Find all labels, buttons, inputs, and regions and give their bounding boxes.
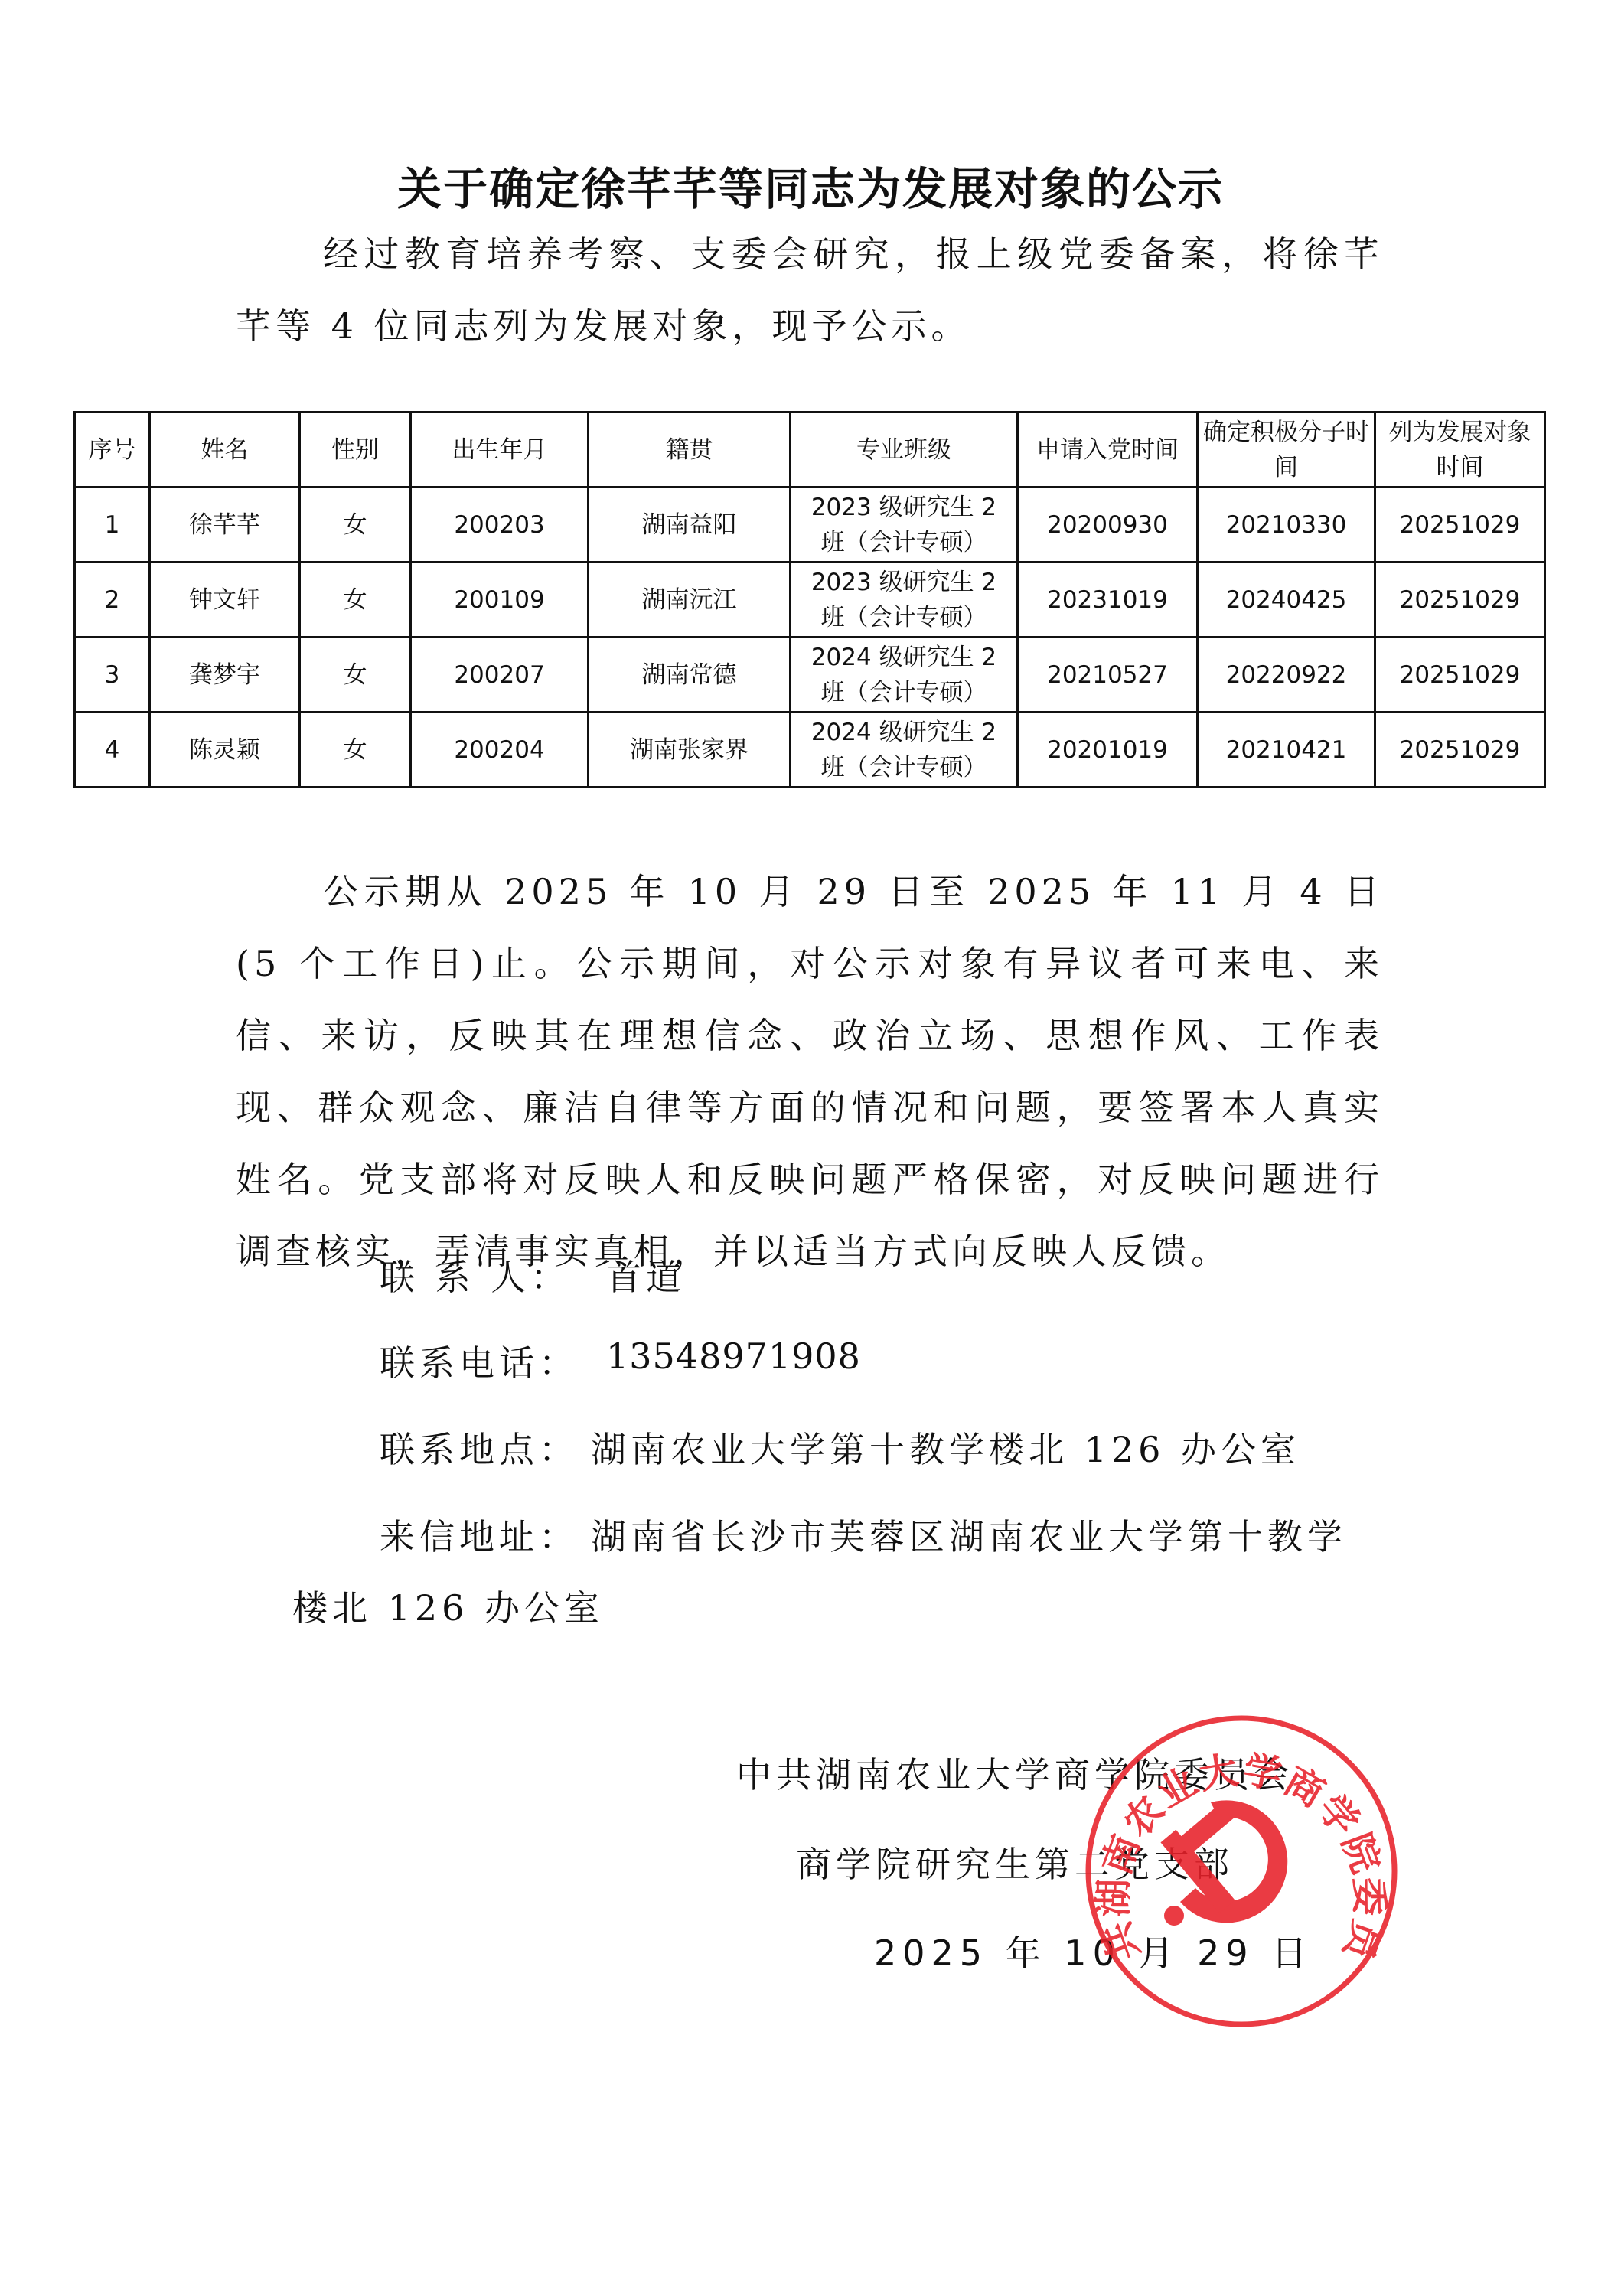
- table-row: 3 龚梦宇 女 200207 湖南常德 2024 级研究生 2 班（会计专硕） …: [75, 638, 1545, 713]
- cell-origin: 湖南沅江: [589, 563, 791, 638]
- header-birth: 出生年月: [411, 413, 589, 488]
- cell-candidate-date: 20251029: [1375, 638, 1545, 713]
- header-origin: 籍贯: [589, 413, 791, 488]
- contact-person-value: 首道: [606, 1250, 686, 1300]
- contact-location-label: 联系地点：: [380, 1422, 579, 1473]
- contact-mail-value-continued: 楼北 126 办公室: [292, 1580, 604, 1631]
- table-header-row: 序号 姓名 性别 出生年月 籍贯 专业班级 申请入党时间 确定积极分子时间 列为…: [75, 413, 1545, 488]
- cell-apply-date: 20200930: [1018, 488, 1198, 563]
- cell-candidate-date: 20251029: [1375, 488, 1545, 563]
- cell-origin: 湖南益阳: [589, 488, 791, 563]
- cell-activist-date: 20210421: [1198, 713, 1375, 788]
- cell-origin: 湖南常德: [589, 638, 791, 713]
- cell-no: 4: [75, 713, 150, 788]
- header-candidate-date: 列为发展对象时间: [1375, 413, 1545, 488]
- table-row: 4 陈灵颖 女 200204 湖南张家界 2024 级研究生 2 班（会计专硕）…: [75, 713, 1545, 788]
- contact-phone-label: 联系电话：: [380, 1336, 579, 1386]
- cell-class: 2023 级研究生 2 班（会计专硕）: [791, 488, 1018, 563]
- cell-apply-date: 20201019: [1018, 713, 1198, 788]
- header-no: 序号: [75, 413, 150, 488]
- contact-phone-value: 13548971908: [606, 1336, 861, 1377]
- cell-birth: 200203: [411, 488, 589, 563]
- header-gender: 性别: [300, 413, 411, 488]
- cell-class: 2023 级研究生 2 班（会计专硕）: [791, 563, 1018, 638]
- contact-mail-value: 湖南省长沙市芙蓉区湖南农业大学第十教学: [591, 1509, 1347, 1560]
- cell-name: 钟文轩: [150, 563, 300, 638]
- contact-location-value: 湖南农业大学第十教学楼北 126 办公室: [591, 1422, 1300, 1473]
- table-row: 1 徐芊芊 女 200203 湖南益阳 2023 级研究生 2 班（会计专硕） …: [75, 488, 1545, 563]
- cell-candidate-date: 20251029: [1375, 713, 1545, 788]
- cell-activist-date: 20240425: [1198, 563, 1375, 638]
- cell-birth: 200207: [411, 638, 589, 713]
- cell-birth: 200204: [411, 713, 589, 788]
- cell-gender: 女: [300, 488, 411, 563]
- cell-name: 陈灵颖: [150, 713, 300, 788]
- cell-gender: 女: [300, 563, 411, 638]
- candidate-table: 序号 姓名 性别 出生年月 籍贯 专业班级 申请入党时间 确定积极分子时间 列为…: [73, 411, 1546, 788]
- cell-class: 2024 级研究生 2 班（会计专硕）: [791, 638, 1018, 713]
- header-apply-date: 申请入党时间: [1018, 413, 1198, 488]
- cell-candidate-date: 20251029: [1375, 563, 1545, 638]
- document-title: 关于确定徐芊芊等同志为发展对象的公示: [0, 153, 1621, 217]
- header-name: 姓名: [150, 413, 300, 488]
- cell-class: 2024 级研究生 2 班（会计专硕）: [791, 713, 1018, 788]
- cell-gender: 女: [300, 713, 411, 788]
- cell-apply-date: 20231019: [1018, 563, 1198, 638]
- cell-no: 3: [75, 638, 150, 713]
- header-activist-date: 确定积极分子时间: [1198, 413, 1375, 488]
- cell-name: 龚梦宇: [150, 638, 300, 713]
- intro-paragraph: 经过教育培养考察、支委会研究，报上级党委备案，将徐芊芊等 4 位同志列为发展对象…: [236, 218, 1384, 362]
- cell-name: 徐芊芊: [150, 488, 300, 563]
- cell-no: 1: [75, 488, 150, 563]
- cell-activist-date: 20220922: [1198, 638, 1375, 713]
- contact-mail-label: 来信地址：: [380, 1509, 579, 1560]
- header-class: 专业班级: [791, 413, 1018, 488]
- hammer-sickle-icon: [1160, 1800, 1287, 1926]
- cell-origin: 湖南张家界: [589, 713, 791, 788]
- contact-person-label: 联 系 人：: [380, 1250, 570, 1300]
- official-seal-stamp: 中共湖南农业大学商学院委员会: [1081, 1711, 1402, 2032]
- cell-gender: 女: [300, 638, 411, 713]
- cell-activist-date: 20210330: [1198, 488, 1375, 563]
- cell-no: 2: [75, 563, 150, 638]
- table-row: 2 钟文轩 女 200109 湖南沅江 2023 级研究生 2 班（会计专硕） …: [75, 563, 1545, 638]
- cell-birth: 200109: [411, 563, 589, 638]
- seal-ring-text: 中共湖南农业大学商学院委员会: [1081, 1711, 1391, 1968]
- cell-apply-date: 20210527: [1018, 638, 1198, 713]
- notice-paragraph: 公示期从 2025 年 10 月 29 日至 2025 年 11 月 4 日(5…: [236, 856, 1384, 1287]
